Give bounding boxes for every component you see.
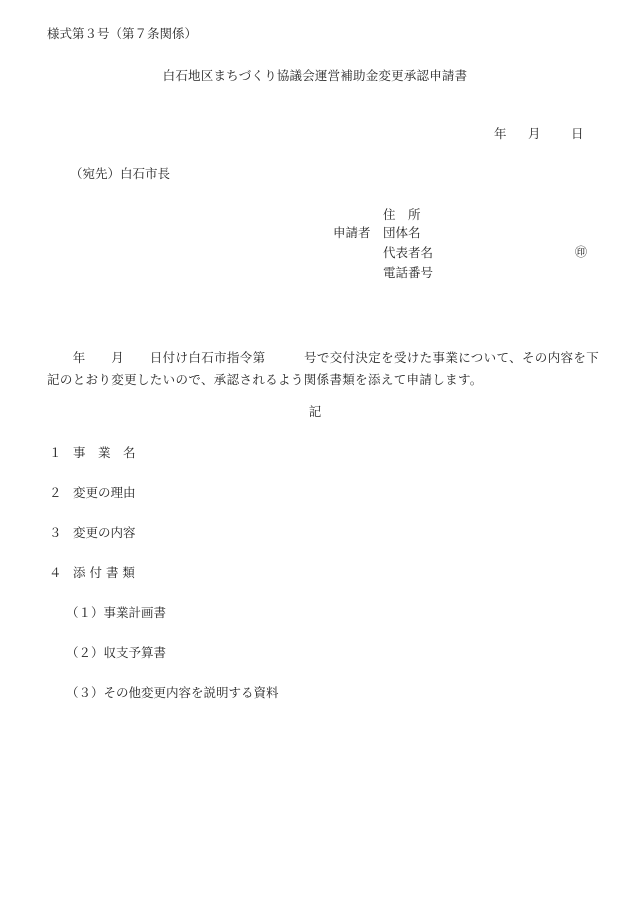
item-label: 変更の理由 (73, 485, 136, 500)
item-number: ２ (49, 487, 73, 500)
request-paragraph: 年 月 日付け白石市指令第 号で交付決定を受けた事業について、その内容を下 記の… (47, 347, 595, 391)
applicant-representative-label: 代表者名 (383, 247, 433, 260)
attachment-budget: （２）収支予算書 (66, 647, 166, 660)
seal-icon: ㊞ (575, 246, 587, 258)
attachment-other-materials: （３）その他変更内容を説明する資料 (66, 687, 279, 700)
item-label: 変更の内容 (73, 525, 136, 540)
paragraph-line-1: 年 月 日付け白石市指令第 号で交付決定を受けた事業について、その内容を下 (47, 347, 595, 369)
applicant-organization-label: 団体名 (383, 227, 421, 240)
item-attachments: ４添 付 書 類 (49, 567, 135, 580)
date-day-label: 日 (571, 128, 584, 141)
paragraph-line-2: 記のとおり変更したいので、承認されるよう関係書類を添えて申請します。 (47, 369, 595, 391)
date-year-label: 年 (494, 128, 528, 141)
item-label: 事 業 名 (73, 445, 136, 460)
document-title: 白石地区まちづくり協議会運営補助金変更承認申請書 (0, 70, 630, 83)
applicant-address-label: 住 所 (383, 209, 421, 222)
form-number: 様式第３号（第７条関係） (47, 28, 197, 41)
date-line: 年月日 (494, 128, 584, 141)
item-change-content: ３変更の内容 (49, 527, 136, 540)
item-project-name: １事 業 名 (49, 447, 136, 460)
addressee: （宛先）白石市長 (70, 168, 170, 181)
applicant-role-label: 申請者 (333, 227, 371, 240)
ki-heading: 記 (0, 406, 630, 419)
item-number: ４ (49, 567, 73, 580)
applicant-phone-label: 電話番号 (383, 267, 433, 280)
item-number: ３ (49, 527, 73, 540)
item-number: １ (49, 447, 73, 460)
date-month-label: 月 (528, 128, 571, 141)
item-change-reason: ２変更の理由 (49, 487, 136, 500)
item-label: 添 付 書 類 (73, 565, 135, 580)
attachment-business-plan: （１）事業計画書 (66, 607, 166, 620)
